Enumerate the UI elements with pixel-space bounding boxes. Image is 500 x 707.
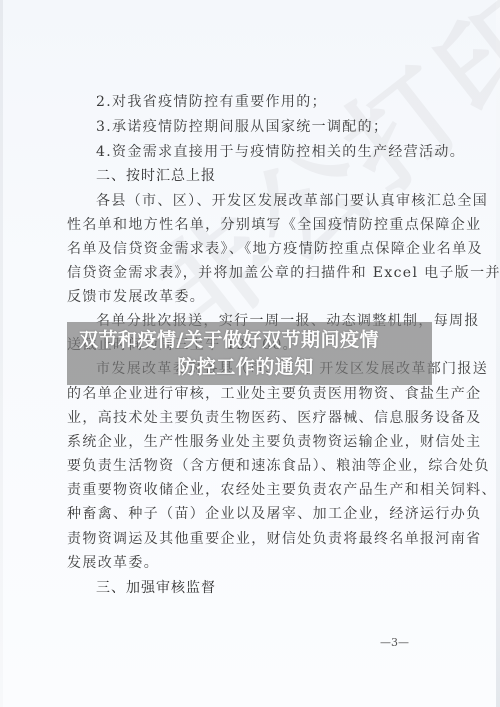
title-overlay-banner[interactable]: 双节和疫情/关于做好双节期间疫情 防控工作的通知 [67, 322, 432, 385]
paragraph-line: 业，高技术处主要负责生物医药、医疗器械、信息服务设备及 [67, 409, 437, 427]
list-item-2: 2.对我省疫情防控有重要作用的； [96, 93, 466, 111]
paragraph-line: 信贷资金需求表》，并将加盖公章的扫描件和 Excel 电子版一并 [67, 264, 437, 282]
paragraph-line: 系统企业，生产性服务业处主要负责物资运输企业，财信处主 [67, 433, 437, 451]
page-edge-left [0, 0, 3, 707]
overlay-title-line-2: 防控工作的通知 [59, 354, 432, 381]
paragraph-line: 名单及信贷资金需求表》、《地方疫情防控重点保障企业名单及 [67, 240, 437, 258]
paragraph-line: 种畜禽、种子（苗）企业以及屠宰、加工企业，经济运行办负 [67, 505, 437, 523]
paragraph-line: 要负责生活物资（含方便和速冻食品）、粮油等企业，综合处负 [67, 457, 437, 475]
section-heading-2: 二、按时汇总上报 [96, 167, 466, 185]
paragraph-line: 各县（市、区）、开发区发展改革部门要认真审核汇总全国 [96, 192, 466, 210]
paragraph-line: 的名单企业进行审核，工业处主要负责医用物资、食盐生产企 [67, 385, 437, 403]
paragraph-line: 责重要物资收储企业，农经处主要负责农产品生产和相关饲料、 [67, 481, 437, 499]
page-edge-right [496, 0, 500, 707]
page-number: —3— [380, 636, 409, 649]
overlay-title: 双节和疫情/关于做好双节期间疫情 防控工作的通知 [67, 322, 432, 381]
paragraph-line: 性名单和地方性名单，分别填写《全国疫情防控重点保障企业 [67, 216, 437, 234]
list-item-4: 4.资金需求直接用于与疫情防控相关的生产经营活动。 [96, 143, 466, 161]
paragraph-line: 发展改革委。 [67, 554, 437, 572]
document-page: 非公打印 2.对我省疫情防控有重要作用的； 3.承诺疫情防控期间服从国家统一调配… [0, 0, 500, 707]
section-heading-3: 三、加强审核监督 [96, 579, 466, 597]
paragraph-line: 反馈市发展改革委。 [67, 288, 437, 306]
paragraph-line: 责物资调运及其他重要企业，财信处负责将最终名单报河南省 [67, 530, 437, 548]
list-item-3: 3.承诺疫情防控期间服从国家统一调配的； [96, 118, 466, 136]
overlay-title-line-1: 双节和疫情/关于做好双节期间疫情 [67, 327, 432, 354]
